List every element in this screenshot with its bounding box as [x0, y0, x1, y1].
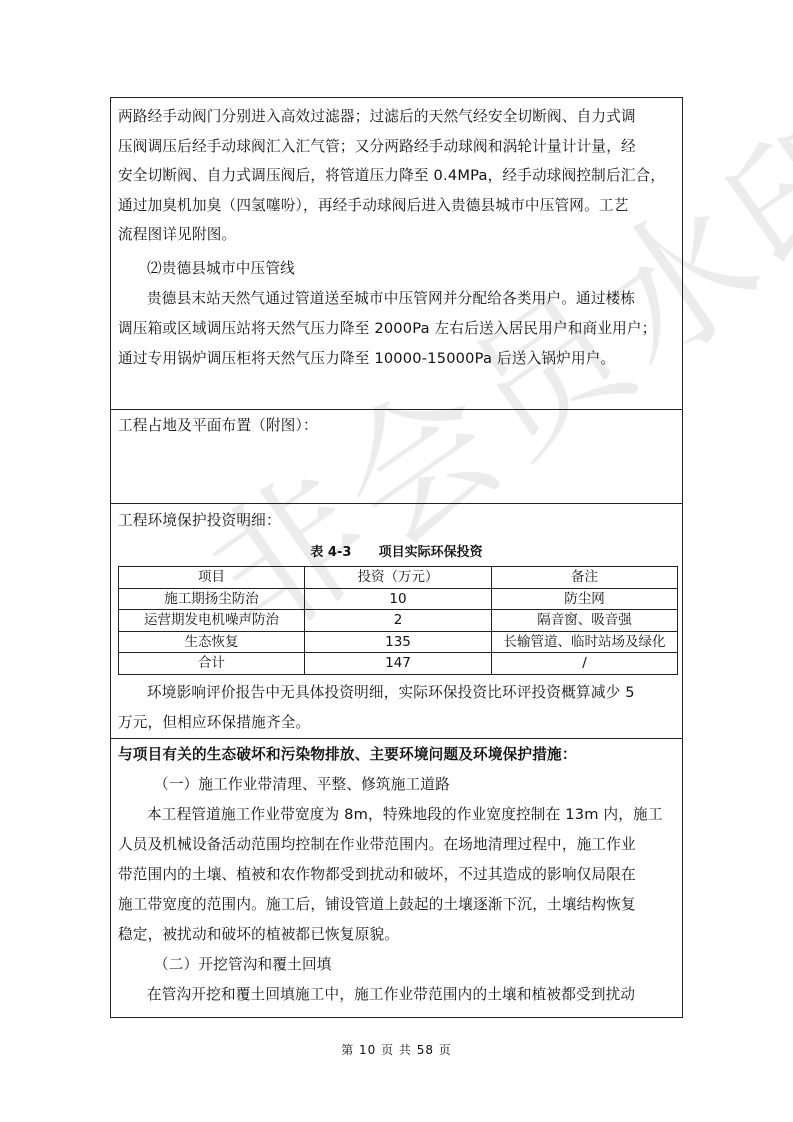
- paragraph-line: 压阀调压后经手动球阀汇入汇气管；又分两路经手动球阀和涡轮计量计计量，经: [118, 132, 676, 162]
- subheading: ⑵贵德县城市中压管线: [118, 254, 676, 284]
- paragraph-line: 两路经手动阀门分别进入高效过滤器；过滤后的天然气经安全切断阀、自力式调: [118, 102, 676, 132]
- table-header-row: 项目 投资（万元） 备注: [119, 567, 678, 589]
- cell-item: 施工期扬尘防治: [119, 588, 305, 610]
- paragraph-line: 通过加臭机加臭（四氢噻吩），再经手动球阀后进入贵德县城市中压管网。工艺: [118, 191, 676, 221]
- subheading: （二）开挖管沟和覆土回填: [118, 950, 676, 980]
- section-label-land-layout: 工程占地及平面布置（附图）：: [118, 411, 676, 441]
- document-table-frame: 两路经手动阀门分别进入高效过滤器；过滤后的天然气经安全切断阀、自力式调 压阀调压…: [110, 97, 683, 1018]
- table-row: 施工期扬尘防治 10 防尘网: [119, 588, 678, 610]
- page-footer: 第 10 页 共 58 页: [0, 1041, 793, 1058]
- cell-remark: 防尘网: [492, 588, 678, 610]
- paragraph-line: 通过专用锅炉调压柜将天然气压力降至 10000-15000Pa 后送入锅炉用户。: [118, 344, 676, 374]
- section-label-investment: 工程环境保护投资明细：: [118, 506, 676, 536]
- paragraph-line: 安全切断阀、自力式调压阀后，将管道压力降至 0.4MPa，经手动球阀控制后汇合，: [118, 161, 676, 191]
- paragraph-line: 环境影响评价报告中无具体投资明细，实际环保投资比环评投资概算减少 5: [118, 678, 676, 708]
- paragraph-line: 带范围内的土壤、植被和农作物都受到扰动和破坏，不过其造成的影响仅局限在: [118, 860, 676, 890]
- header-cell-investment: 投资（万元）: [305, 567, 492, 589]
- table-row-total: 合计 147 /: [119, 653, 678, 675]
- paragraph-line: 流程图详见附图。: [118, 220, 676, 250]
- row-divider: [111, 738, 682, 739]
- paragraph-line: 人员及机械设备活动范围均控制在作业带范围内。在场地清理过程中，施工作业: [118, 830, 676, 860]
- table-row: 生态恢复 135 长输管道、临时站场及绿化: [119, 631, 678, 653]
- paragraph-line: 本工程管道施工作业带宽度为 8m，特殊地段的作业宽度控制在 13m 内，施工: [118, 800, 676, 830]
- investment-table: 项目 投资（万元） 备注 施工期扬尘防治 10 防尘网 运营期发电机噪声防治 2…: [118, 566, 678, 675]
- cell-remark: /: [492, 653, 678, 675]
- cell-item: 合计: [119, 653, 305, 675]
- paragraph-line: 万元，但相应环保措施齐全。: [118, 708, 676, 738]
- header-cell-remark: 备注: [492, 567, 678, 589]
- cell-item: 运营期发电机噪声防治: [119, 610, 305, 632]
- cell-investment: 10: [305, 588, 492, 610]
- section-heading-impacts: 与项目有关的生态破坏和污染物排放、主要环境问题及环境保护措施：: [118, 740, 676, 770]
- subheading: （一）施工作业带清理、平整、修筑施工道路: [118, 770, 676, 800]
- cell-investment: 2: [305, 610, 492, 632]
- paragraph-line: 稳定，被扰动和破坏的植被都已恢复原貌。: [118, 920, 676, 950]
- table-row: 运营期发电机噪声防治 2 隔音窗、吸音强: [119, 610, 678, 632]
- header-cell-item: 项目: [119, 567, 305, 589]
- cell-investment: 135: [305, 631, 492, 653]
- paragraph-line: 在管沟开挖和覆土回填施工中，施工作业带范围内的土壤和植被都受到扰动: [118, 980, 676, 1010]
- table-caption: 表 4-3 项目实际环保投资: [111, 541, 682, 560]
- row-divider: [111, 409, 682, 410]
- cell-item: 生态恢复: [119, 631, 305, 653]
- cell-remark: 隔音窗、吸音强: [492, 610, 678, 632]
- paragraph-line: 施工带宽度的范围内。施工后，铺设管道上鼓起的土壤逐渐下沉，土壤结构恢复: [118, 890, 676, 920]
- paragraph-line: 调压箱或区域调压站将天然气压力降至 2000Pa 左右后送入居民用户和商业用户；: [118, 314, 676, 344]
- cell-investment: 147: [305, 653, 492, 675]
- cell-remark: 长输管道、临时站场及绿化: [492, 631, 678, 653]
- paragraph-line: 贵德县末站天然气通过管道送至城市中压管网并分配给各类用户。通过楼栋: [118, 284, 676, 314]
- row-divider: [111, 503, 682, 504]
